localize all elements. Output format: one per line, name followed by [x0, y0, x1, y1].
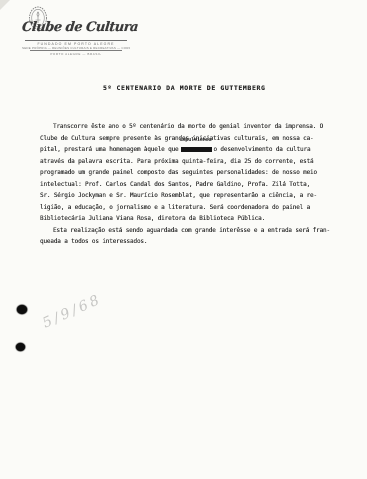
hole-punch-mark	[17, 305, 27, 314]
body-line: através da palavra escrita. Para próxima…	[40, 156, 340, 168]
body-line: Esta realização está sendo aguardada com…	[40, 225, 340, 237]
body-line: intelectual: Prof. Carlos Candal dos San…	[40, 179, 340, 191]
document-body: Transcorre êste ano o 5º centenário da m…	[40, 121, 340, 248]
body-line-segment: o desenvolvimento da cultura	[214, 146, 311, 153]
typed-insertion: impulsionou	[180, 138, 212, 143]
handwritten-date: 5/9/68	[40, 284, 120, 331]
body-line: programado um grande painel composto das…	[40, 167, 340, 179]
document-title: 5º CENTENARIO DA MORTE DE GUTTEMBERG	[103, 84, 265, 92]
correction-wrap: impulsionou	[179, 144, 214, 156]
body-line-segment: pital, prestará uma homenagem àquele que	[40, 146, 179, 153]
body-line: Bibliotecária Juliana Viana Rosa, direto…	[40, 213, 340, 225]
redacted-word-mark	[181, 147, 212, 153]
body-line: Sr. Sérgio Jockyman e Sr. Maurício Rosem…	[40, 190, 340, 202]
body-line: Transcorre êste ano o 5º centenário da m…	[40, 121, 340, 133]
body-line-with-correction: pital, prestará uma homenagem àquele que…	[40, 144, 340, 156]
letterhead-rule-top	[25, 40, 127, 41]
hole-punch-mark	[16, 343, 25, 351]
scanned-letter-page: Clube de Cultura FUNDADO EM PORTO ALEGRE…	[0, 0, 367, 479]
body-line: ligião, a educação, o jornalismo e a lit…	[40, 202, 340, 214]
body-line: queada a todos os interessados.	[40, 236, 340, 248]
letterhead-microprint-3: PORTO ALEGRE — BRASIL	[30, 52, 122, 56]
scan-corner-shadow	[0, 0, 10, 10]
club-name-script: Clube de Cultura	[21, 20, 133, 35]
